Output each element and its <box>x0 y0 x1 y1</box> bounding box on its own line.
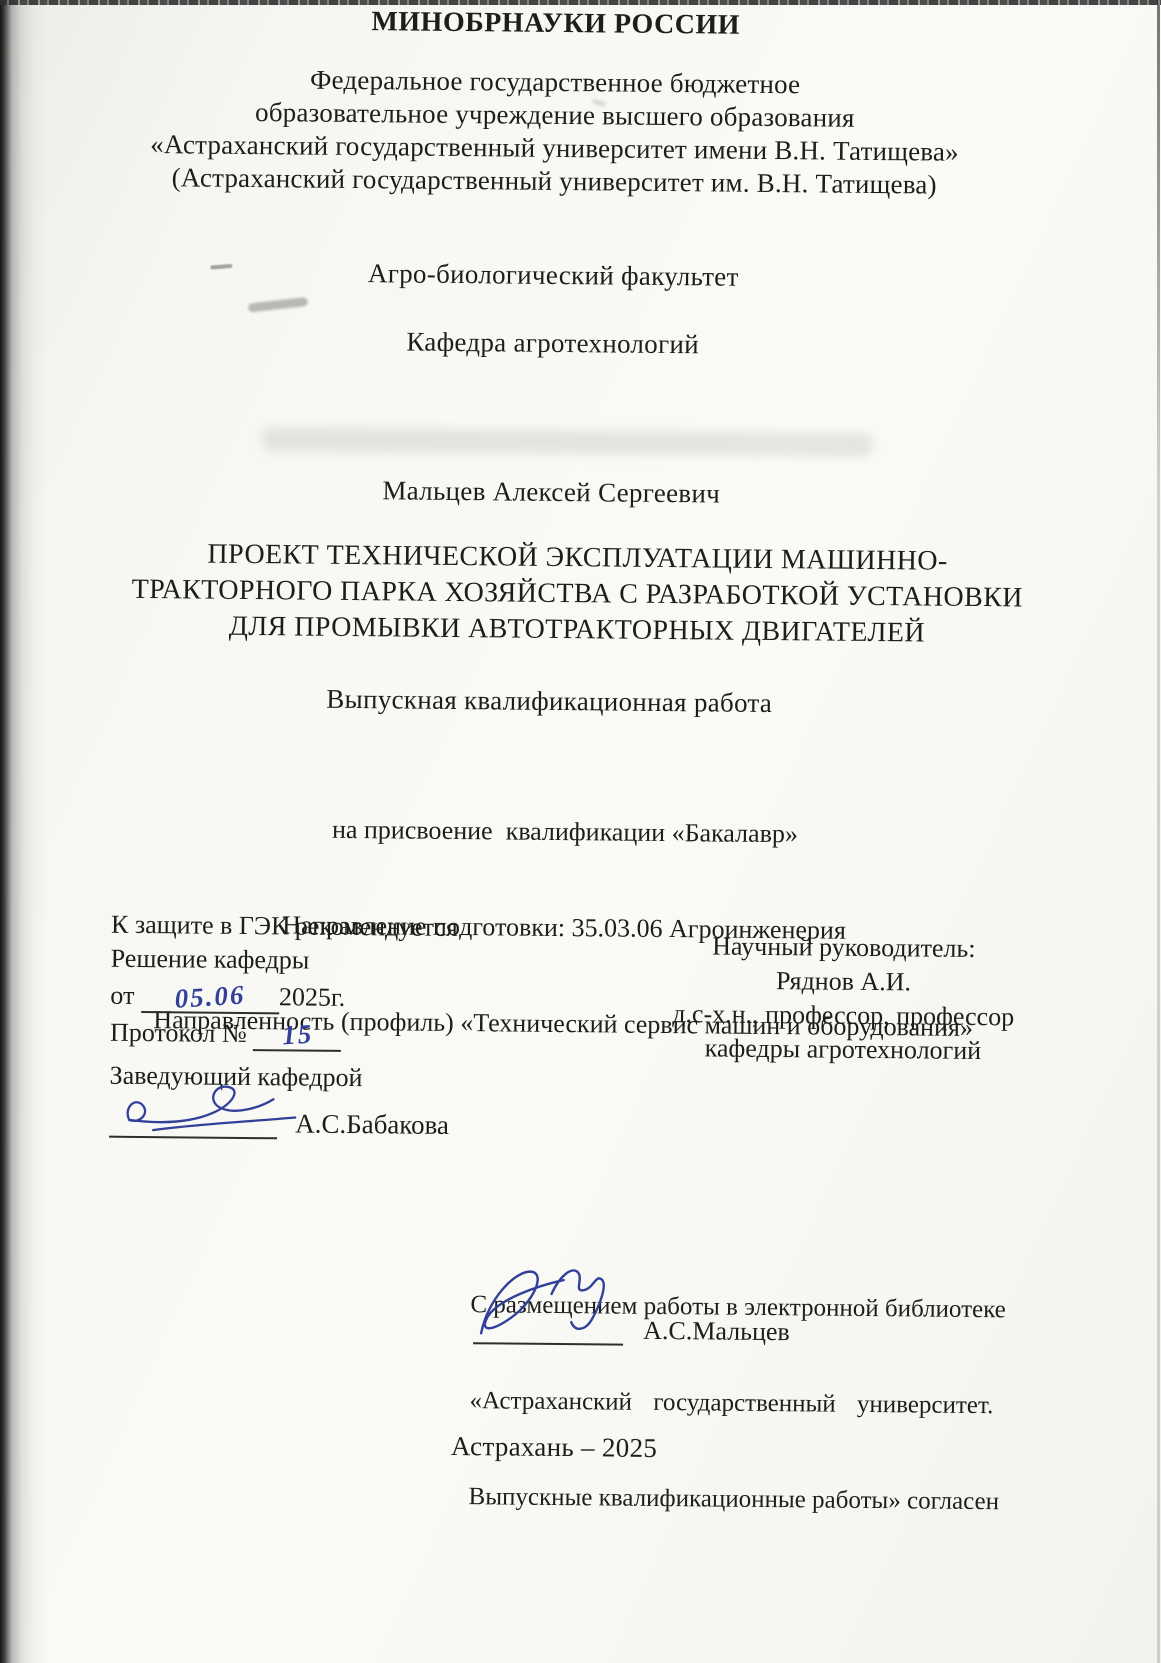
approval-decision: Решение кафедры <box>111 942 581 981</box>
department-name: Кафедра агротехнологий <box>5 323 1101 365</box>
scan-smudge <box>248 297 309 313</box>
handwritten-protocol-number: 15 <box>281 1017 314 1053</box>
head-name: А.С.Бабакова <box>295 1108 449 1139</box>
qualification-line: на присвоение квалификации «Бакалавр» <box>10 811 1120 854</box>
work-type-label: Выпускная квалификационная работа <box>1 681 1097 723</box>
approval-recommendation: К защите в ГЭК рекомендуется <box>111 908 581 947</box>
protocol-number-field: 15 <box>253 1014 341 1052</box>
institution-block: Федеральное государственное бюджетное об… <box>6 61 1103 204</box>
supervisor-department: кафедры агротехнологий <box>558 1030 1128 1069</box>
babakova-signature <box>119 1074 310 1142</box>
supervisor-name: Ряднов А.И. <box>558 962 1128 1001</box>
consent-line: «Астраханский государственный университе… <box>469 1385 1017 1422</box>
supervisor-degree: д.с-х.н., профессор, профессор <box>558 996 1128 1035</box>
ministry-heading: МИНОБРНАУКИ РОССИИ <box>8 3 1104 46</box>
author-name: Мальцев Алексей Сергеевич <box>3 472 1099 514</box>
defense-approval-block: К защите в ГЭК рекомендуется Решение каф… <box>110 908 581 1055</box>
handwritten-date: 05.06 <box>174 978 247 1016</box>
scan-noise-top-edge <box>0 0 1161 5</box>
maltsev-signature <box>465 1247 646 1349</box>
approval-date-prefix: от <box>110 981 134 1010</box>
scan-line-right-edge <box>1157 0 1160 1663</box>
scan-shadow-left-edge <box>0 0 48 1663</box>
consent-line: Выпускные квалификационные работы» согла… <box>468 1481 1016 1518</box>
approval-date-field: 05.06 <box>141 976 279 1014</box>
supervisor-label: Научный руководитель: <box>559 928 1129 967</box>
protocol-label: Протокол № <box>110 1018 247 1048</box>
approval-date-row: от 05.062025г. <box>110 976 580 1018</box>
faculty-name: Агро-биологический факультет <box>5 255 1101 297</box>
approval-year: 2025г. <box>279 982 346 1012</box>
supervisor-block: Научный руководитель: Ряднов А.И. д.с-х.… <box>558 928 1129 1069</box>
page-content: МИНОБРНАУКИ РОССИИ Федеральное государст… <box>0 0 1161 1663</box>
student-name: А.С.Мальцев <box>643 1316 790 1346</box>
protocol-row: Протокол № 15 <box>110 1013 580 1055</box>
scanned-title-page: МИНОБРНАУКИ РОССИИ Федеральное государст… <box>0 0 1161 1663</box>
ink-bleed-ghost-band <box>262 427 874 457</box>
thesis-title: ПРОЕКТ ТЕХНИЧЕСКОЙ ЭКСПЛУАТАЦИИ МАШИННО-… <box>22 535 1133 654</box>
